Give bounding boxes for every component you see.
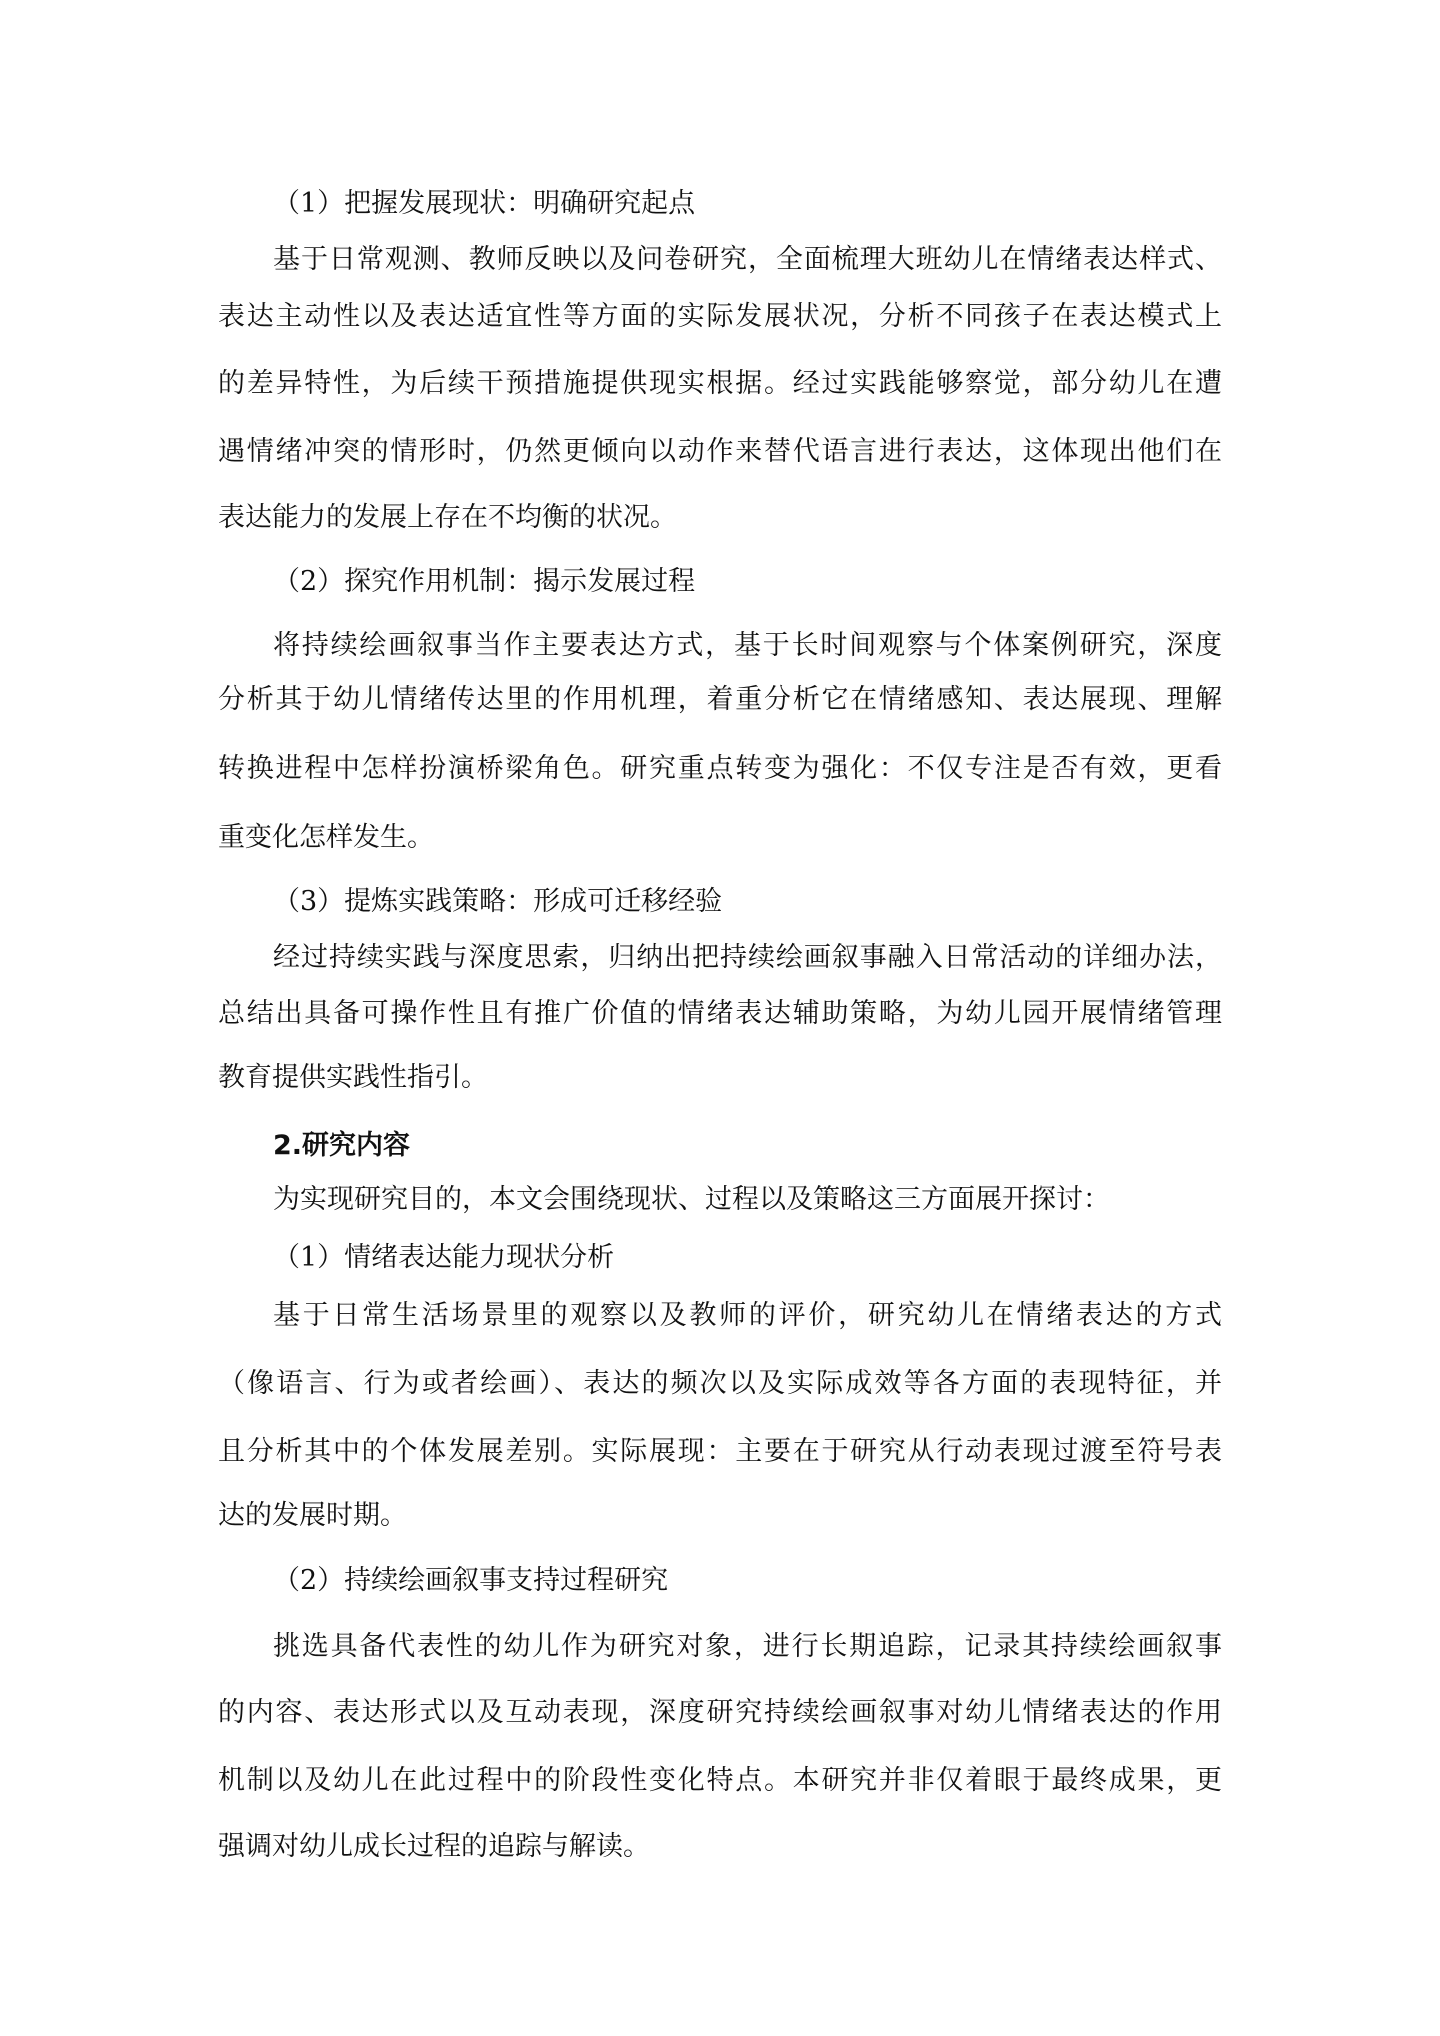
paragraph-line: 遇情绪冲突的情形时，仍然更倾向以动作来替代语言进行表达，这体现出他们在 xyxy=(218,435,1222,469)
paragraph-line: 总结出具备可操作性且有推广价值的情绪表达辅助策略，为幼儿园开展情绪管理 xyxy=(218,997,1222,1031)
item-heading-2: （2）持续绘画叙事支持过程研究 xyxy=(273,1564,668,1598)
paragraph-line: 达的发展时期。 xyxy=(218,1499,1222,1533)
paragraph-line: 强调对幼儿成长过程的追踪与解读。 xyxy=(218,1830,1222,1864)
paragraph-line: 经过持续实践与深度思索，归纳出把持续绘画叙事融入日常活动的详细办法， xyxy=(273,941,1222,975)
paragraph-line: 的差异特性，为后续干预措施提供现实根据。经过实践能够察觉，部分幼儿在遭 xyxy=(218,367,1222,401)
item-heading-1: （1）情绪表达能力现状分析 xyxy=(273,1241,614,1275)
paragraph-line: 表达主动性以及表达适宜性等方面的实际发展状况，分析不同孩子在表达模式上 xyxy=(218,300,1222,334)
paragraph-line: 基于日常观测、教师反映以及问卷研究，全面梳理大班幼儿在情绪表达样式、 xyxy=(273,243,1222,277)
paragraph-line: （像语言、行为或者绘画）、表达的频次以及实际成效等各方面的表现特征，并 xyxy=(218,1367,1222,1401)
subheading-3: （3）提炼实践策略：形成可迁移经验 xyxy=(273,885,722,919)
paragraph-line: 挑选具备代表性的幼儿作为研究对象，进行长期追踪，记录其持续绘画叙事 xyxy=(273,1630,1222,1664)
paragraph-line: 机制以及幼儿在此过程中的阶段性变化特点。本研究并非仅着眼于最终成果，更 xyxy=(218,1764,1222,1798)
paragraph-line: 基于日常生活场景里的观察以及教师的评价，研究幼儿在情绪表达的方式 xyxy=(273,1299,1222,1333)
subheading-1: （1）把握发展现状：明确研究起点 xyxy=(273,187,695,221)
paragraph-line: 表达能力的发展上存在不均衡的状况。 xyxy=(218,501,1222,535)
paragraph-line: 重变化怎样发生。 xyxy=(218,821,1222,855)
document-page: （1）把握发展现状：明确研究起点 基于日常观测、教师反映以及问卷研究，全面梳理大… xyxy=(0,0,1440,2036)
subheading-2: （2）探究作用机制：揭示发展过程 xyxy=(273,565,695,599)
paragraph-line: 将持续绘画叙事当作主要表达方式，基于长时间观察与个体案例研究，深度 xyxy=(273,629,1222,663)
paragraph-line: 分析其于幼儿情绪传达里的作用机理，着重分析它在情绪感知、表达展现、理解 xyxy=(218,683,1222,717)
section-intro: 为实现研究目的，本文会围绕现状、过程以及策略这三方面展开探讨： xyxy=(273,1183,1110,1217)
paragraph-line: 的内容、表达形式以及互动表现，深度研究持续绘画叙事对幼儿情绪表达的作用 xyxy=(218,1696,1222,1730)
section-heading: 2.研究内容 xyxy=(273,1129,410,1163)
paragraph-line: 且分析其中的个体发展差别。实际展现：主要在于研究从行动表现过渡至符号表 xyxy=(218,1435,1222,1469)
paragraph-line: 教育提供实践性指引。 xyxy=(218,1061,1222,1095)
paragraph-line: 转换进程中怎样扮演桥梁角色。研究重点转变为强化：不仅专注是否有效，更看 xyxy=(218,752,1222,786)
